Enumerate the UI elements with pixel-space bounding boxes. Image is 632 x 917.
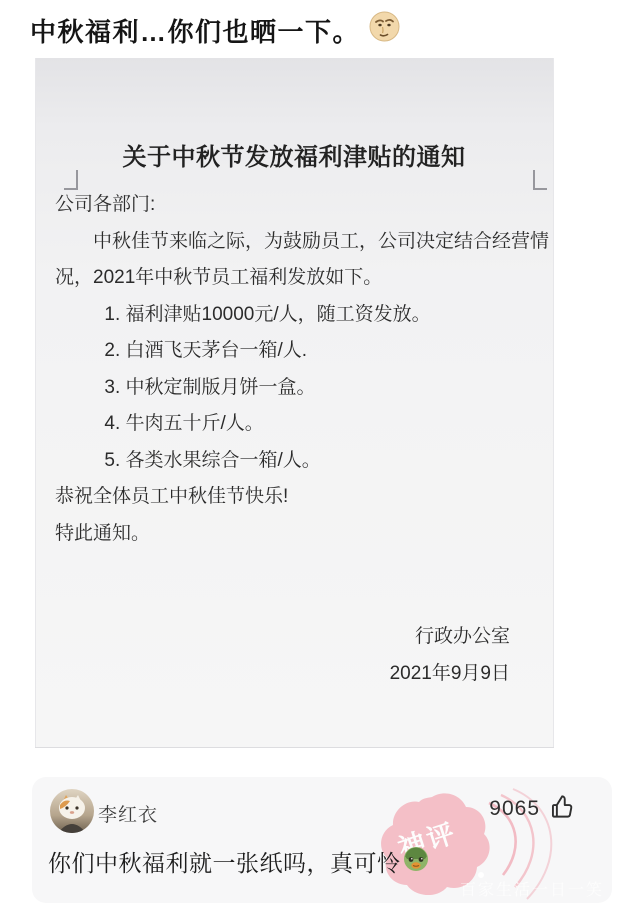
notice-ending: 特此通知。	[55, 516, 553, 553]
commenter-username[interactable]: 李红衣	[98, 800, 158, 827]
comment-card: 神评 李红衣 9065	[32, 777, 612, 903]
post-page: 中秋福利…你们也晒一下。 关于中秋节发放福利津贴的通知 公司各部门: 中秋佳节来…	[0, 0, 632, 917]
notice-item: 4. 牛肉五十斤/人。	[55, 406, 553, 443]
notice-item: 1. 福利津贴10000元/人，随工资发放。	[55, 297, 553, 334]
post-title: 中秋福利…你们也晒一下。	[30, 10, 610, 50]
notice-title: 关于中秋节发放福利津贴的通知	[55, 137, 533, 172]
smug-meme-face-icon	[368, 10, 401, 50]
like-count: 9065	[489, 797, 540, 821]
thumbs-up-icon	[549, 793, 576, 825]
watermark: 百家生活一日一笑	[460, 877, 604, 900]
notice-item: 3. 中秋定制版月饼一盒。	[55, 370, 553, 407]
notice-signature: 行政办公室	[390, 618, 510, 655]
comment-text-content: 你们中秋福利就一张纸吗，真可怜	[48, 845, 401, 878]
turtle-face-icon	[403, 846, 429, 878]
notice-body: 公司各部门: 中秋佳节来临之际，为鼓励员工，公司决定结合经营情况，2021年中秋…	[55, 187, 553, 552]
notice-intro: 中秋佳节来临之际，为鼓励员工，公司决定结合经营情况，2021年中秋节员工福利发放…	[55, 224, 553, 297]
notice-item: 5. 各类水果综合一箱/人。	[55, 443, 553, 480]
notice-photo[interactable]: 关于中秋节发放福利津贴的通知 公司各部门: 中秋佳节来临之际，为鼓励员工，公司决…	[35, 58, 554, 748]
notice-salutation: 公司各部门:	[55, 187, 553, 224]
notice-signature-block: 行政办公室 2021年9月9日	[390, 618, 510, 692]
notice-closing: 恭祝全体员工中秋佳节快乐!	[55, 479, 553, 516]
post-title-text: 中秋福利…你们也晒一下。	[30, 12, 360, 49]
like-button[interactable]: 9065	[489, 793, 576, 825]
comment-text: 你们中秋福利就一张纸吗，真可怜	[48, 845, 468, 878]
notice-item: 2. 白酒飞天茅台一箱/人.	[55, 333, 553, 370]
notice-date: 2021年9月9日	[390, 655, 510, 692]
commenter-avatar[interactable]	[50, 789, 94, 833]
